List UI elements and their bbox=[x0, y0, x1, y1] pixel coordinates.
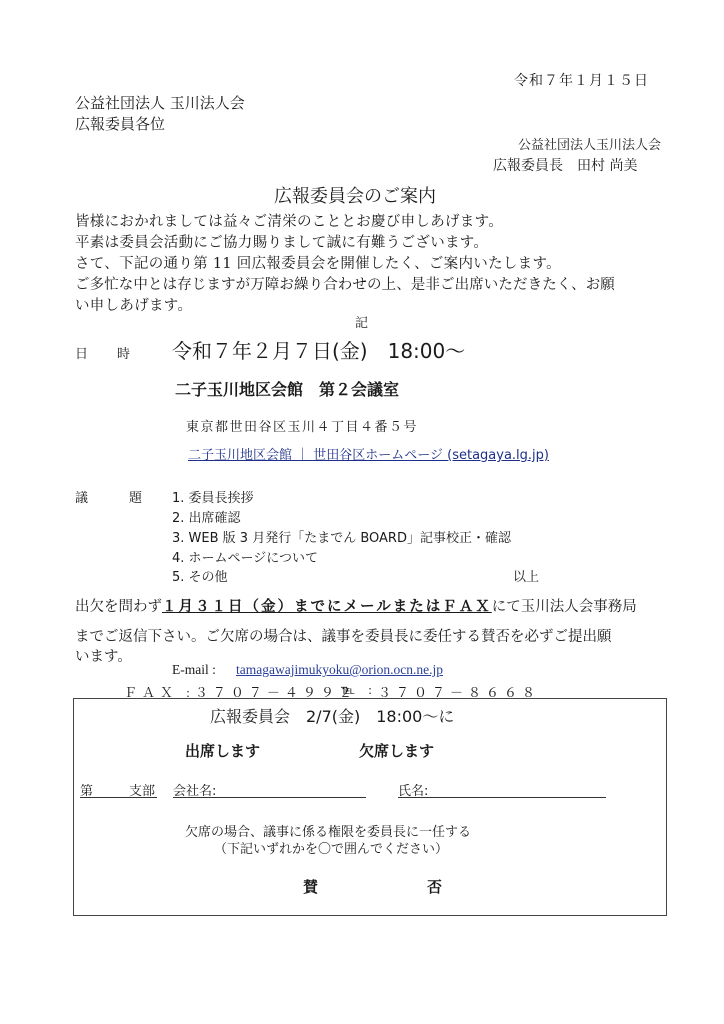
intro-line-4: ご多忙な中とは存じますが万障お繰り合わせの上、是非ご出席いただきたく、お願 bbox=[75, 273, 615, 294]
reply-suffix: にて玉川法人会事務局 bbox=[492, 599, 637, 615]
agenda-label: 議 題 bbox=[75, 487, 156, 506]
venue-link[interactable]: 二子玉川地区会館 ｜ 世田谷区ホームページ (setagaya.lg.jp) bbox=[188, 444, 549, 463]
agenda-item: 2. 出席確認 bbox=[172, 507, 241, 526]
intro-line-2: 平素は委員会活動にご協力賜りまして誠に有難うございます。 bbox=[75, 231, 488, 252]
reply-form-header: 広報委員会 2/7(金) 18:00～に bbox=[210, 704, 454, 727]
approve-option[interactable]: 賛 bbox=[303, 876, 318, 897]
recipient: 広報委員各位 bbox=[75, 113, 165, 134]
agenda-item: 3. WEB 版 3 月発行「たまでん BOARD」記事校正・確認 bbox=[172, 527, 511, 546]
reject-option[interactable]: 否 bbox=[427, 876, 442, 897]
agenda-item: 5. その他 bbox=[172, 566, 228, 585]
reply-prefix: 出欠を問わず bbox=[75, 599, 162, 615]
reply-form bbox=[73, 698, 667, 916]
schedule-label: 日 時 bbox=[75, 343, 138, 362]
name-field[interactable] bbox=[398, 797, 606, 798]
company-field[interactable] bbox=[173, 797, 366, 798]
intro-line-3: さて、下記の通り第 11 回広報委員会を開催したく、ご案内いたします。 bbox=[75, 252, 561, 273]
ki-mark: 記 bbox=[355, 312, 368, 331]
meeting-datetime: 令和７年２月７日(金) 18:00～ bbox=[172, 335, 465, 364]
agenda-item: 4. ホームページについて bbox=[172, 547, 318, 566]
letter-date: 令和７年１月１５日 bbox=[514, 70, 649, 90]
absent-option[interactable]: 欠席します bbox=[359, 740, 434, 761]
agenda-end: 以上 bbox=[513, 566, 539, 585]
recipient-org: 公益社団法人 玉川法人会 bbox=[75, 92, 245, 113]
email-label: E-mail : bbox=[172, 662, 216, 678]
page-title: 広報委員会のご案内 bbox=[274, 182, 436, 208]
venue-name: 二子玉川地区会館 第２会議室 bbox=[175, 377, 399, 400]
email-link[interactable]: tamagawajimukyoku@orion.ocn.ne.jp bbox=[236, 662, 443, 678]
agenda-item: 1. 委員長挨拶 bbox=[172, 487, 254, 506]
attend-option[interactable]: 出席します bbox=[185, 740, 260, 761]
tel-label: ℡ : bbox=[341, 682, 377, 698]
venue-address: 東京都世田谷区玉川４丁目４番５号 bbox=[186, 416, 418, 435]
intro-line-1: 皆様におかれましては益々ご清栄のこととお慶び申しあげます。 bbox=[75, 210, 503, 231]
branch-field[interactable] bbox=[80, 797, 157, 798]
intro-line-5: い申しあげます。 bbox=[75, 294, 192, 315]
reply-deadline: １月３１日（金）までにメールまたはＦＡＸ bbox=[162, 598, 492, 615]
sender-org: 公益社団法人玉川法人会 bbox=[518, 134, 661, 153]
proxy-text-2: （下記いずれかを〇で囲んでください） bbox=[214, 838, 448, 857]
reply-notice-line-3: います。 bbox=[75, 645, 132, 666]
reply-notice-line-2: までご返信下さい。ご欠席の場合は、議事を委員長に委任する賛否を必ずご提出願 bbox=[75, 625, 612, 646]
sender-name: 広報委員長 田村 尚美 bbox=[493, 155, 637, 175]
reply-notice-line-1: 出欠を問わず１月３１日（金）までにメールまたはＦＡＸにて玉川法人会事務局 bbox=[75, 595, 637, 616]
